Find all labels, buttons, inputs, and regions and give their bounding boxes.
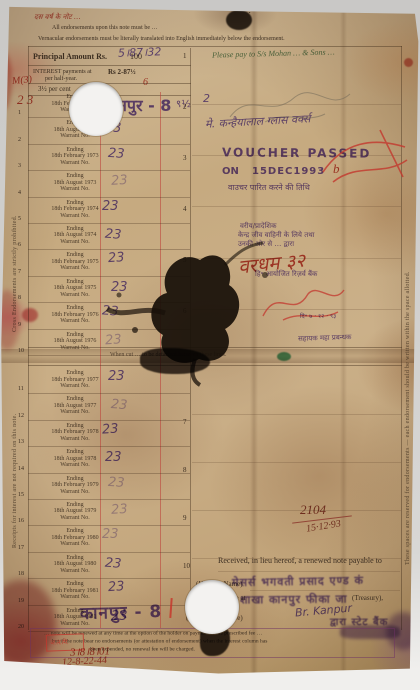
- row-number: 3: [18, 163, 21, 169]
- voucher-passed-stamp-on: ON: [222, 166, 239, 177]
- header-rule-line2: Vernacular endorsements must be literall…: [38, 36, 285, 43]
- warrant-value-handwriting: 23: [102, 527, 119, 542]
- row-number: 6: [18, 242, 21, 248]
- renewal-rule: [218, 571, 400, 572]
- office-stamp-line6: दि॰ ७ · १२ · ९३: [300, 312, 336, 320]
- endorsement-line: [192, 414, 401, 415]
- warrant-value-handwriting: 23: [111, 173, 129, 189]
- footer-red-box-text: ज.ल.मि.: [50, 638, 68, 647]
- warrant-row: 17 Ending 18th February 1980 Warrant No.…: [28, 526, 190, 552]
- office-stamp-line5: सहायक महा प्रबन्धक: [298, 333, 352, 344]
- top-red-hindi-note: दस वर्ष के नोट …: [34, 13, 81, 22]
- row-number: 8: [18, 295, 21, 301]
- warrant-row: 4 Ending 18th August 1973 Warrant No. 23: [28, 171, 190, 197]
- warrant-value-handwriting: 23: [104, 555, 122, 571]
- left-margin-note-lower: Receipts for interest are not required o…: [12, 414, 18, 548]
- row-number: 7: [18, 269, 21, 275]
- endorsement-line: [192, 206, 401, 207]
- row-text: Ending 18th August 1973 Warrant No.: [32, 173, 118, 193]
- office-stamp-line1: वरीय/प्रादेशिक: [240, 222, 276, 231]
- row-text: Ending 18th February 1973 Warrant No.: [32, 147, 118, 167]
- row-text: Ending 18th August 1977 Warrant No.: [32, 396, 118, 416]
- endorsement-space-number: 8: [183, 466, 187, 474]
- punch-hole-top: [69, 82, 123, 136]
- principal-overwrite-handwriting: 5।87।32: [118, 44, 162, 61]
- red-scribble-over-voucher: [315, 122, 410, 192]
- row-number: 5: [18, 216, 21, 222]
- red-number-2: 12-8-22-44: [62, 655, 108, 668]
- endorsement-line: [192, 462, 401, 463]
- warrant-row: 12 Ending 18th August 1977 Warrant No. 2…: [28, 394, 190, 420]
- photograph-of-promissory-note: दस वर्ष के नोट … All endorsements upon t…: [0, 0, 420, 690]
- row-number: 10: [18, 348, 24, 354]
- endorsement-space-number: 1: [183, 52, 187, 60]
- row-warrant-label: Warrant No.: [32, 160, 118, 167]
- crimson-dot-left: [22, 308, 38, 322]
- stamp-overprint-1: मेसर्स भगवती प्रसाद एण्ड कं: [232, 573, 364, 590]
- warrant-value-handwriting: 23: [105, 450, 122, 465]
- row-number: 1: [18, 110, 21, 116]
- warrant-value-handwriting: 23: [110, 397, 128, 413]
- voucher-passed-stamp-line3: वाउचर पारित करने की तिथि: [228, 182, 310, 193]
- row-number: 4: [18, 190, 21, 196]
- received-renewal-text: Received, in lieu hereof, a renewed note…: [218, 556, 382, 565]
- interest-warrant-table-lower: 11 Ending 18th February 1977 Warrant No.…: [28, 368, 190, 632]
- row-number: 11: [18, 386, 24, 392]
- row-number: 2: [18, 137, 21, 143]
- purple-2-mark: 2: [203, 92, 210, 105]
- warrant-value-handwriting: 23: [107, 146, 125, 162]
- red-m-mark: M(3): [11, 74, 32, 87]
- warrant-value-handwriting: 23: [102, 199, 119, 214]
- row-number: 16: [18, 518, 24, 524]
- endorsement-space-number: 3: [183, 154, 187, 162]
- endorsement-space-number: 9: [183, 514, 187, 522]
- header-rule-line1: All endorsements upon this note must be …: [52, 25, 158, 32]
- treasury-label: (Treasury),: [352, 594, 383, 602]
- right-margin-note: These spaces are reserved for endorsemen…: [405, 271, 411, 565]
- row-number: 18: [18, 571, 24, 577]
- row-warrant-label: Warrant No.: [32, 186, 118, 193]
- row-text: Ending 18th February 1979 Warrant No.: [32, 476, 118, 496]
- warrant-value-handwriting: 23: [107, 579, 125, 595]
- interest-label: INTEREST payments at: [33, 69, 92, 76]
- endorsement-space-number: 7: [183, 418, 187, 426]
- endorsement-space-number: 10: [183, 562, 190, 570]
- row-number: 12: [18, 413, 24, 419]
- row-text: Ending 18th August 1979 Warrant No.: [32, 502, 118, 522]
- aged-paper-document: दस वर्ष के नोट … All endorsements upon t…: [0, 0, 420, 690]
- endorsement-space-number: 2: [183, 103, 187, 111]
- row-number: 13: [18, 439, 24, 445]
- warrant-value-handwriting: 23: [111, 502, 129, 518]
- principal-amount-label: Principal Amount Rs.: [33, 52, 107, 61]
- warrant-row: 3 Ending 18th February 1973 Warrant No. …: [28, 145, 190, 171]
- interest-per: per half-year.: [45, 76, 77, 83]
- row-number: 14: [18, 466, 24, 472]
- interest-rate: Rs 2-87½: [108, 68, 136, 76]
- punch-hole-bottom: [185, 580, 239, 634]
- warrant-row: 13 Ending 18th February 1978 Warrant No.…: [28, 421, 190, 447]
- row-number: 17: [18, 545, 24, 551]
- warrant-value-handwriting: 23: [107, 474, 125, 490]
- warrant-row: 16 Ending 18th August 1979 Warrant No. 2…: [28, 500, 190, 526]
- warrant-row: 15 Ending 18th February 1979 Warrant No.…: [28, 474, 190, 500]
- green-endorsement-handwriting: Please pay to S/s Mohan … & Sons …: [212, 47, 335, 59]
- warrant-row: 14 Ending 18th August 1978 Warrant No. 2…: [28, 447, 190, 473]
- kanpur-8-stamp-bottom: कानपुर - 8: [80, 599, 163, 624]
- endorsement-space-number: 4: [183, 205, 187, 213]
- row-warrant-label: Warrant No.: [32, 409, 118, 416]
- principal-box-bottom: [28, 65, 191, 66]
- row-warrant-label: Warrant No.: [32, 515, 118, 522]
- warrant-value-handwriting: 23: [101, 421, 119, 437]
- red-6-mark: 6: [143, 77, 148, 88]
- interest-box-bottom: [28, 83, 191, 84]
- top-frame-line: [28, 46, 402, 47]
- ink-blot-top: [226, 10, 252, 30]
- row-warrant-label: Warrant No.: [32, 489, 118, 496]
- warrant-row: 18 Ending 18th August 1980 Warrant No. 2…: [28, 553, 190, 579]
- red-stain-left-edge-top: [0, 52, 12, 110]
- row-number: 15: [18, 492, 24, 498]
- ink-smear-fold: [140, 348, 210, 374]
- warrant-row: 5 Ending 18th February 1974 Warrant No. …: [28, 198, 190, 224]
- fraction-numerator: 2104: [300, 502, 326, 518]
- vernacular-endorsement-handwriting: मे. कन्हैयालाल ग्लास वर्क्स: [205, 111, 311, 131]
- endorsement-line: [192, 510, 401, 511]
- red-dot-top-right: [404, 58, 413, 67]
